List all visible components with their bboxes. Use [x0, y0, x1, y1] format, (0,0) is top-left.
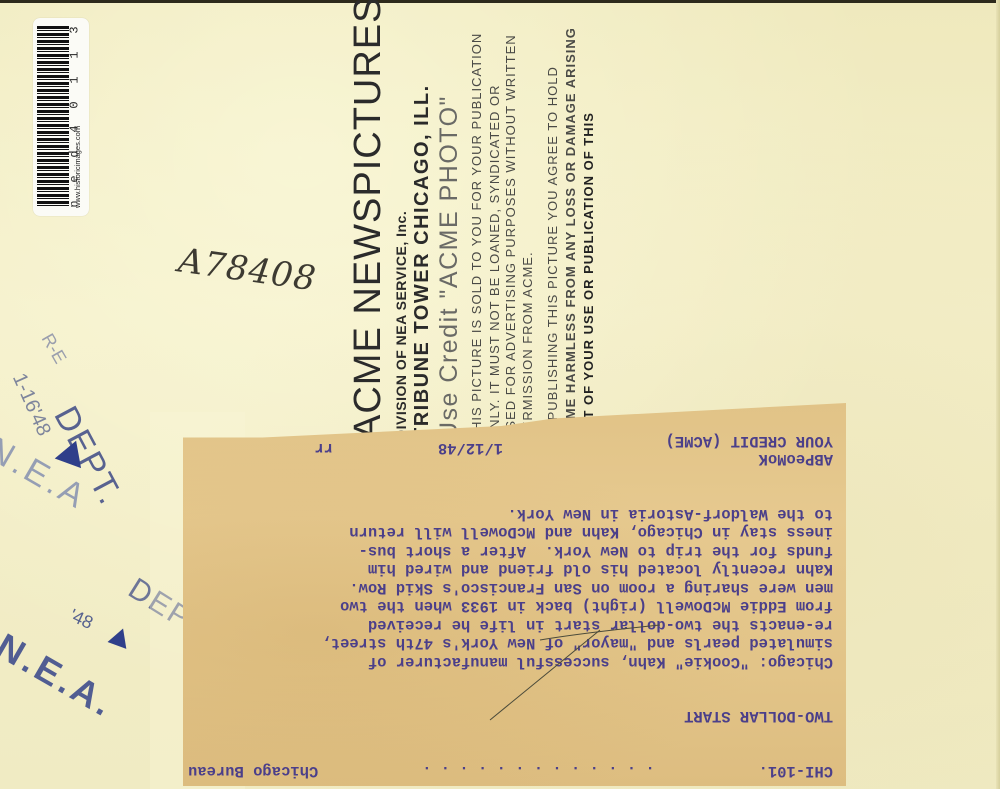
- caption-footer: ABPeoMoK YOUR CREDIT (ACME) 1/12/48 rr: [188, 432, 833, 469]
- acme-notice-line: THIS PICTURE IS SOLD TO YOU FOR YOUR PUB…: [469, 33, 484, 440]
- caption-body-line: Chicago: "Cookie" Kahn, successful manuf…: [188, 653, 833, 672]
- barcode-url: www.historicimages.com: [73, 58, 82, 208]
- acme-liability-line: ACME HARMLESS FROM ANY LOSS OR DAMAGE AR…: [563, 27, 578, 440]
- acme-address: TRIBUNE TOWER CHICAGO, ILL.: [411, 84, 434, 440]
- caption-text-block: CHI-101. . . . . . . . . . . . . . Chica…: [188, 470, 833, 780]
- caption-headline: TWO-DOLLAR START: [188, 707, 833, 726]
- caption-header: CHI-101. . . . . . . . . . . . . . Chica…: [188, 762, 833, 781]
- caption-body-line: from Eddie McDowell (right) back in 1933…: [188, 597, 833, 616]
- acme-credit: Use Credit "ACME PHOTO": [435, 95, 464, 440]
- bureau-name: Chicago Bureau: [188, 762, 318, 781]
- right-edge: [996, 0, 1000, 789]
- caption-body-line: funds for the trip to New York. After a …: [188, 542, 833, 561]
- barcode-char: 3: [69, 26, 81, 33]
- credit-line: YOUR CREDIT (ACME): [503, 432, 833, 451]
- acme-notice-line: PERMISSION FROM ACME.: [520, 251, 535, 440]
- barcode-icon: [37, 26, 69, 208]
- top-edge: [0, 0, 1000, 3]
- caption-body-line: men were sharing a room on San Francisco…: [188, 579, 833, 598]
- bureau-code: CHI-101.: [759, 762, 833, 781]
- caption-date: 1/12/48: [333, 439, 503, 458]
- barcode-sticker: n e d 4 0 1 1 3 www.historicimages.com: [33, 18, 89, 216]
- caption-body-line: to the Waldorf-Astoria in New York.: [188, 505, 833, 524]
- caption-body-line: iness stay in Chicago, Kahn and McDowell…: [188, 523, 833, 542]
- routing-code: ABPeoMoK: [503, 450, 833, 469]
- operator-initials: rr: [314, 439, 333, 458]
- acme-liability-line: IN PUBLISHING THIS PICTURE YOU AGREE TO …: [545, 66, 560, 440]
- caption-body-line: re-enacts the two-dollar start in life h…: [188, 616, 833, 635]
- acme-newspictures-stamp: ACME NEWSPICTURES DIVISION OF NEA SERVIC…: [345, 60, 605, 440]
- acme-title: ACME NEWSPICTURES: [347, 0, 390, 440]
- caption-body-line: simulated pearls and "mayor" of New York…: [188, 634, 833, 653]
- acme-notice-line: ONLY. IT MUST NOT BE LOANED, SYNDICATED …: [487, 84, 502, 440]
- acme-liability-line: OUT OF YOUR USE OR PUBLICATION OF THIS: [581, 112, 596, 440]
- acme-notice-line: USED FOR ADVERTISING PURPOSES WITHOUT WR…: [503, 34, 518, 440]
- acme-division: DIVISION OF NEA SERVICE, Inc.: [393, 211, 409, 440]
- caption-body-line: Kahn recently located his old friend and…: [188, 560, 833, 579]
- leader-dots: . . . . . . . . . . . . .: [422, 762, 655, 781]
